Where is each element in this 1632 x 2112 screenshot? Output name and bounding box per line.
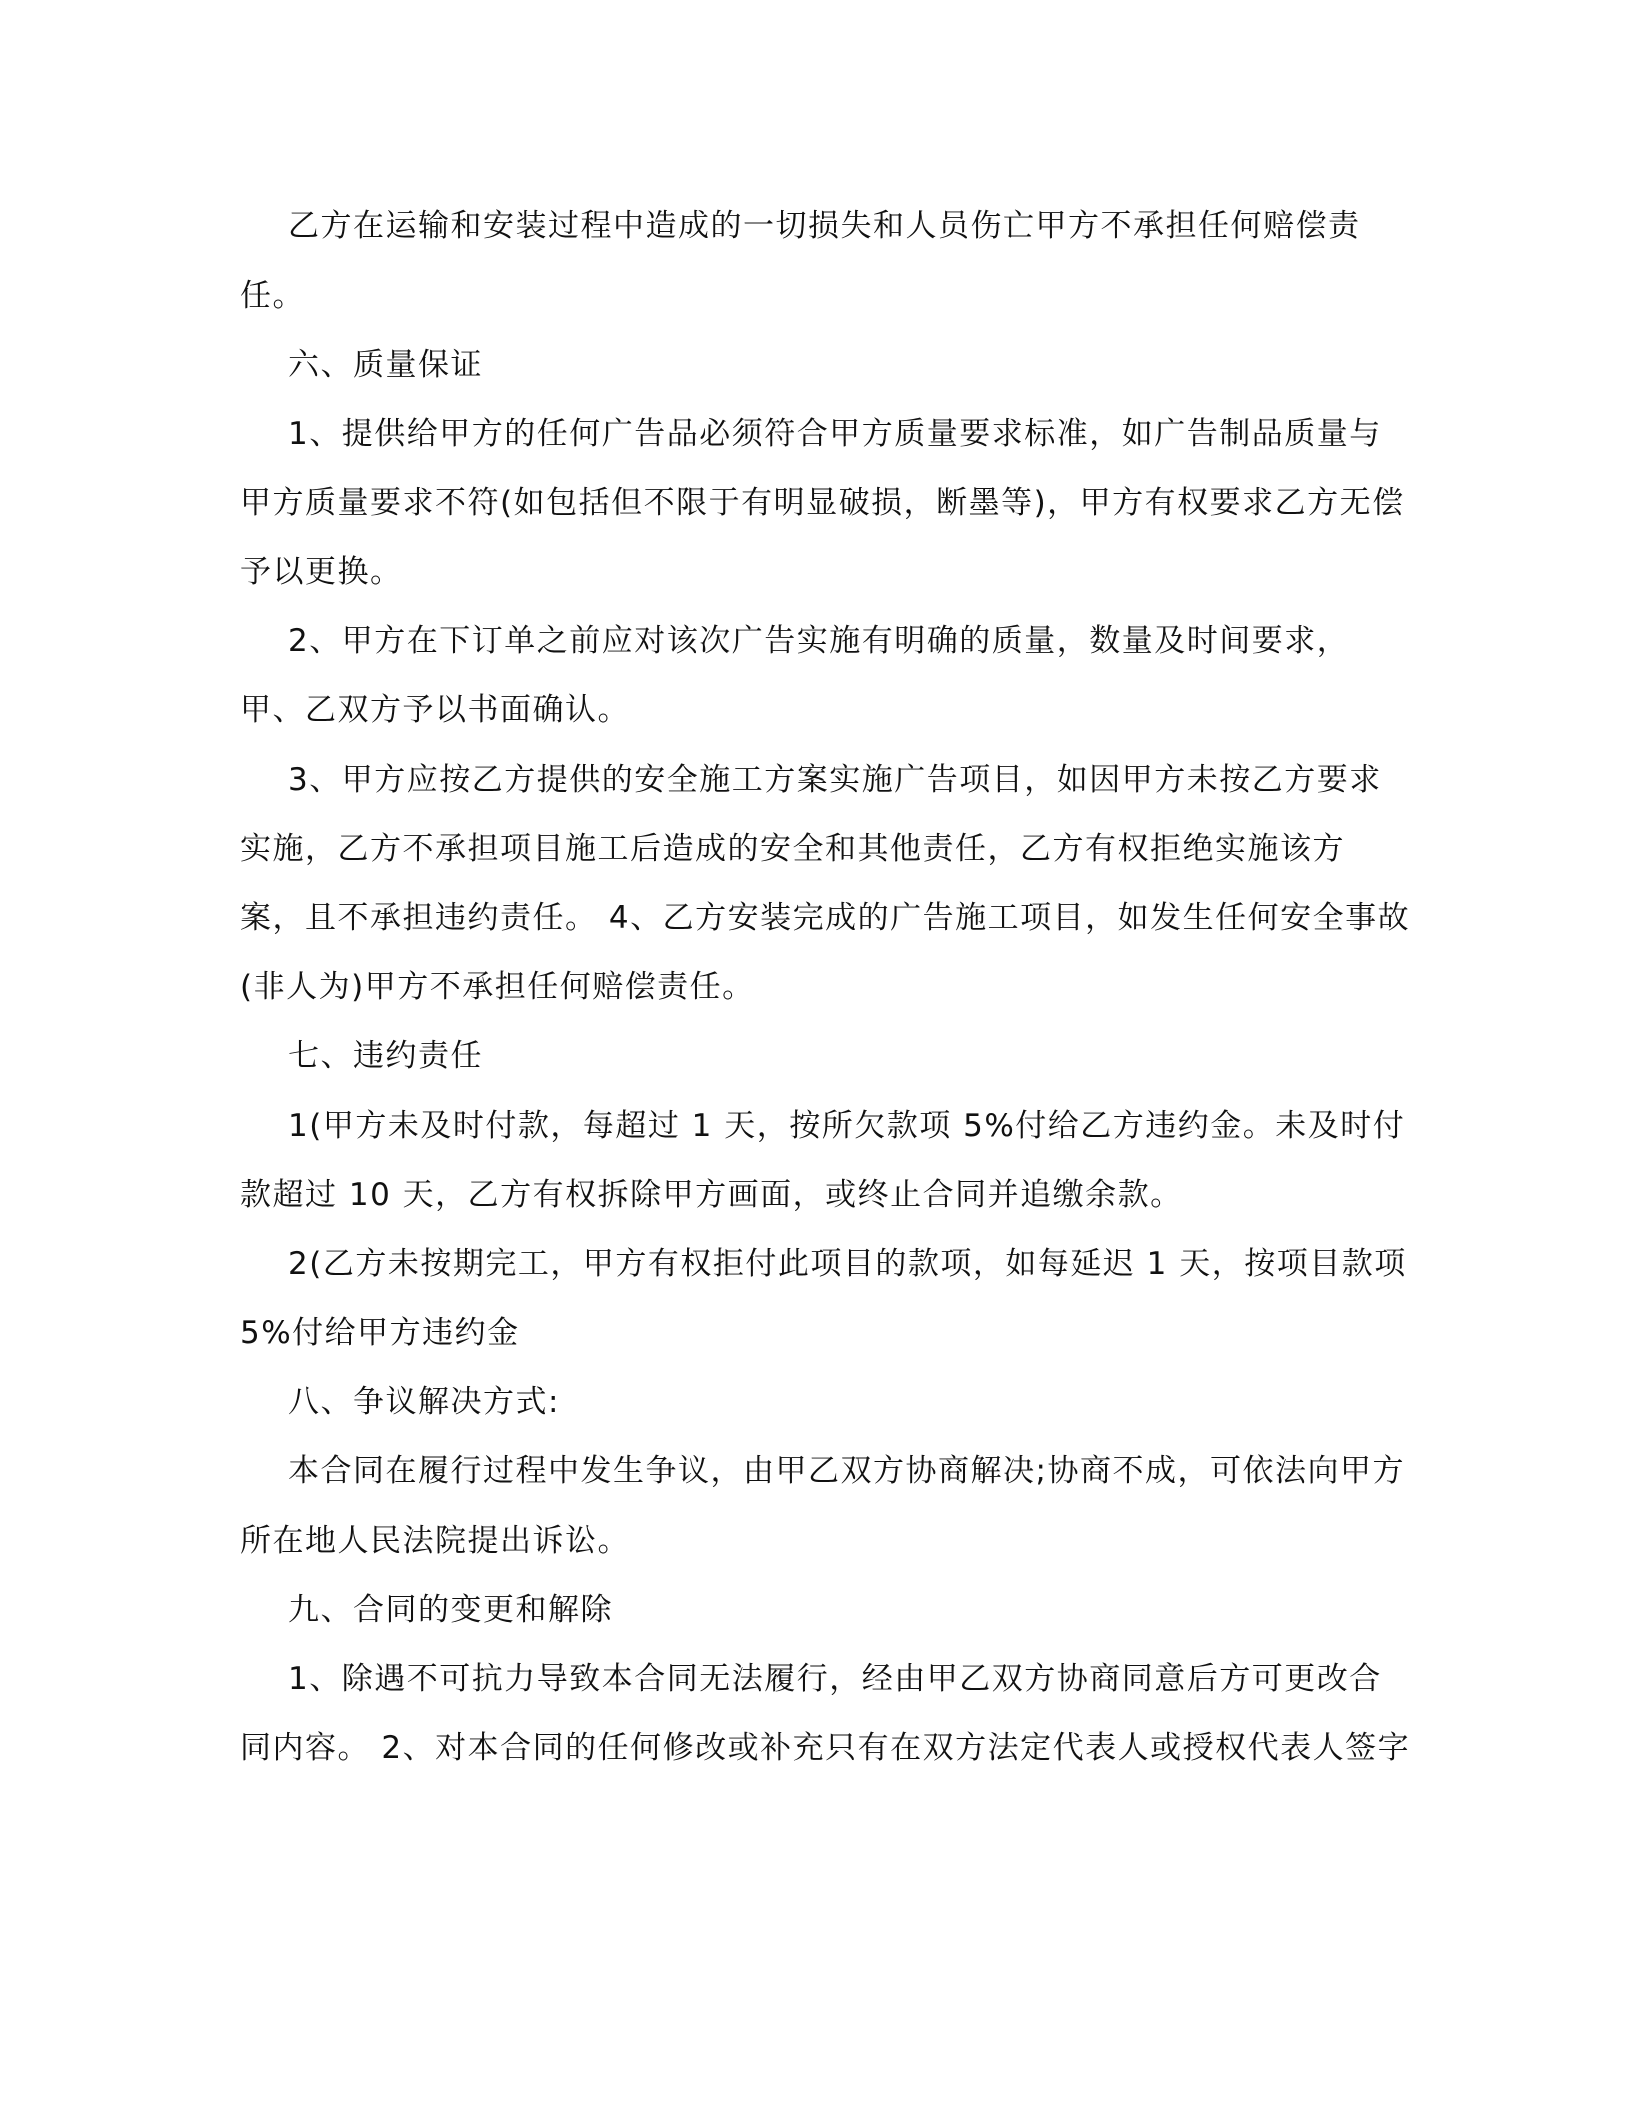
section-heading: 七、违约责任 bbox=[288, 1036, 483, 1076]
clause-continuation-line: 实施，乙方不承担项目施工后造成的安全和其他责任，乙方有权拒绝实施该方 bbox=[240, 829, 1345, 869]
paragraph-line: 乙方在运输和安装过程中造成的一切损失和人员伤亡甲方不承担任何赔偿责 bbox=[288, 206, 1361, 246]
paragraph-line: 本合同在履行过程中发生争议，由甲乙双方协商解决;协商不成，可依法向甲方 bbox=[288, 1451, 1405, 1491]
clause-continuation-line: 甲方质量要求不符(如包括但不限于有明显破损，断墨等)，甲方有权要求乙方无偿 bbox=[240, 483, 1405, 523]
clause-continuation-line: 5%付给甲方违约金 bbox=[240, 1313, 520, 1353]
clause-continuation-line: (非人为)甲方不承担任何赔偿责任。 bbox=[240, 967, 755, 1007]
section-heading: 六、质量保证 bbox=[288, 345, 483, 385]
clause-line: 1、除遇不可抗力导致本合同无法履行，经由甲乙双方协商同意后方可更改合 bbox=[288, 1659, 1382, 1699]
clause-line: 2、甲方在下订单之前应对该次广告实施有明确的质量，数量及时间要求， bbox=[288, 621, 1349, 661]
clause-line: 1(甲方未及时付款，每超过 1 天，按所欠款项 5%付给乙方违约金。未及时付 bbox=[288, 1106, 1405, 1146]
clause-line: 1、提供给甲方的任何广告品必须符合甲方质量要求标准，如广告制品质量与 bbox=[288, 414, 1382, 454]
section-heading: 八、争议解决方式: bbox=[288, 1382, 560, 1422]
section-heading: 九、合同的变更和解除 bbox=[288, 1590, 613, 1630]
paragraph-continuation-line: 任。 bbox=[240, 276, 305, 316]
clause-continuation-line: 甲、乙双方予以书面确认。 bbox=[240, 690, 630, 730]
clause-line: 2(乙方未按期完工，甲方有权拒付此项目的款项，如每延迟 1 天，按项目款项 bbox=[288, 1244, 1407, 1284]
clause-continuation-line: 案，且不承担违约责任。 4、乙方安装完成的广告施工项目，如发生任何安全事故 bbox=[240, 898, 1410, 938]
document-page: 乙方在运输和安装过程中造成的一切损失和人员伤亡甲方不承担任何赔偿责任。六、质量保… bbox=[0, 0, 1632, 2112]
clause-line: 3、甲方应按乙方提供的安全施工方案实施广告项目，如因甲方未按乙方要求 bbox=[288, 760, 1382, 800]
clause-continuation-line: 予以更换。 bbox=[240, 552, 403, 592]
clause-continuation-line: 同内容。 2、对本合同的任何修改或补充只有在双方法定代表人或授权代表人签字 bbox=[240, 1728, 1410, 1768]
clause-continuation-line: 款超过 10 天，乙方有权拆除甲方画面，或终止合同并追缴余款。 bbox=[240, 1175, 1183, 1215]
paragraph-continuation-line: 所在地人民法院提出诉讼。 bbox=[240, 1521, 630, 1561]
